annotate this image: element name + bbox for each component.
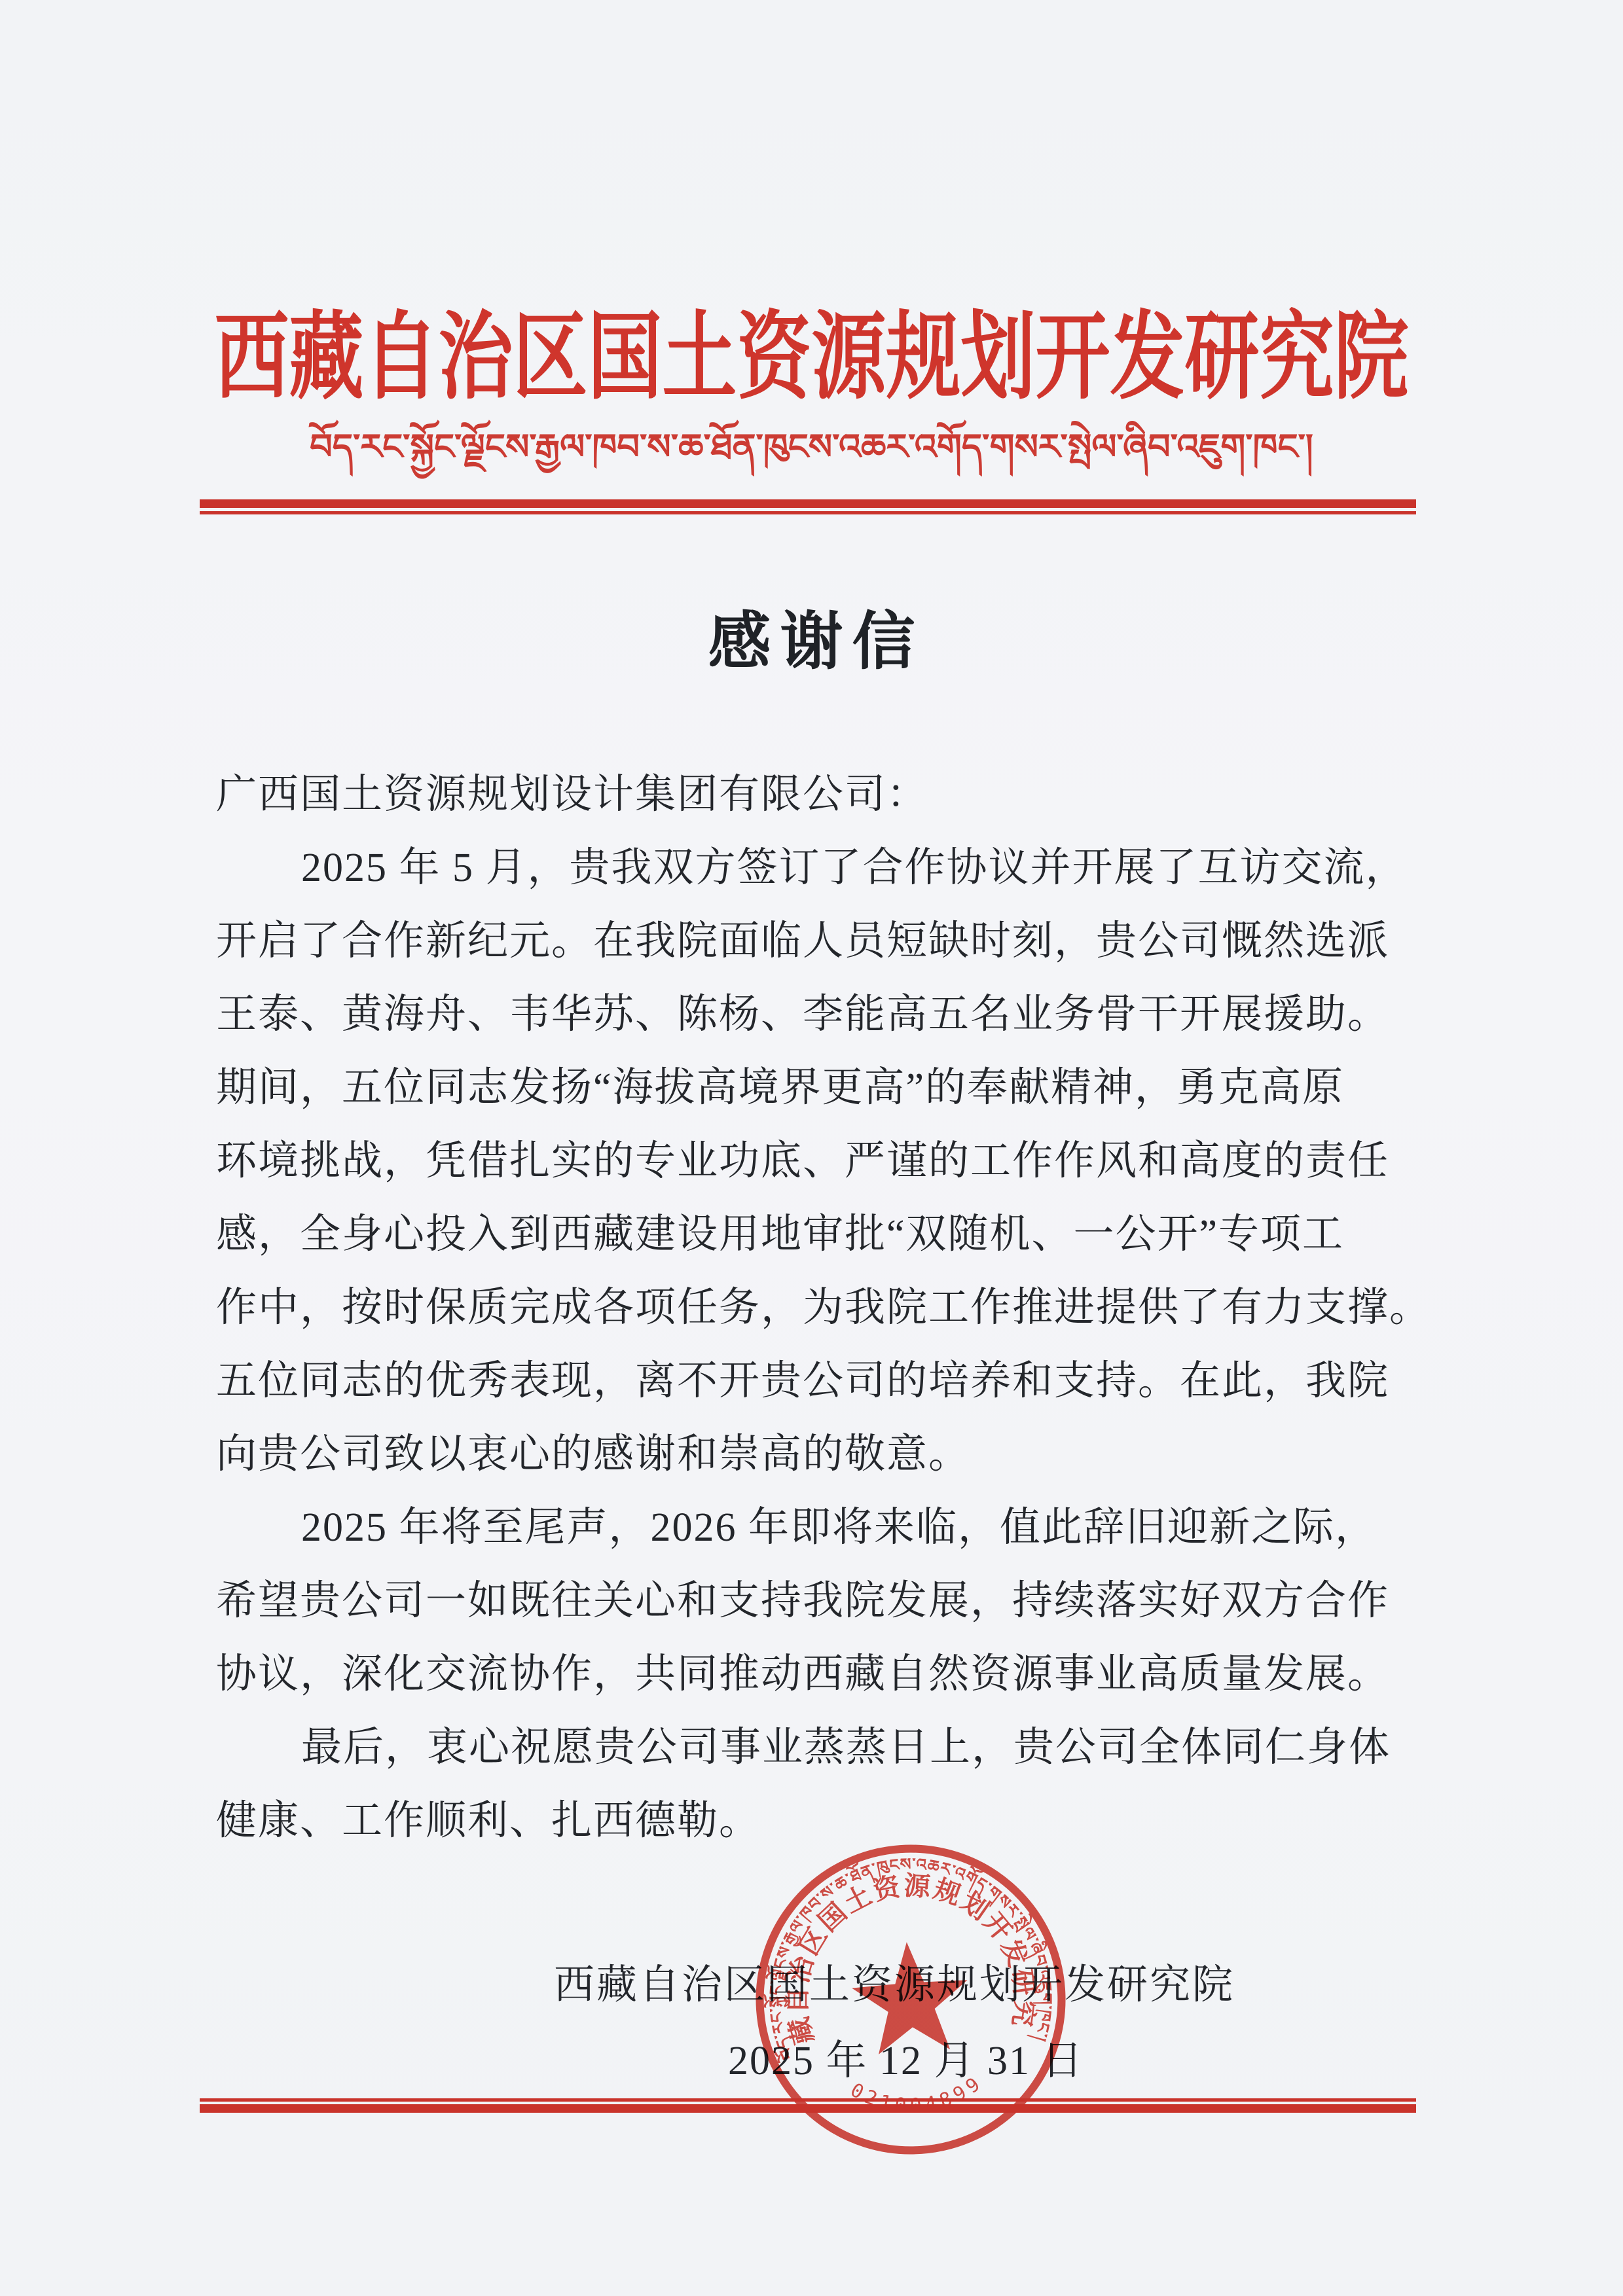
body-line: 感，全身心投入到西藏建设用地审批“双随机、一公开”专项工 — [216, 1198, 1421, 1271]
body-line: 健康、工作顺利、扎西德勒。 — [216, 1784, 1421, 1857]
body-line: 向贵公司致以衷心的感谢和崇高的敬意。 — [216, 1418, 1421, 1491]
scanned-letter-page: 西藏自治区国土资源规划开发研究院 བོད་རང་སྐྱོང་ལྗོངས་རྒྱལ… — [0, 0, 1623, 2296]
footer-rule-thick — [200, 2104, 1416, 2113]
body-line: 希望贵公司一如既往关心和支持我院发展，持续落实好双方合作 — [216, 1564, 1421, 1638]
footer-rule-thin — [200, 2098, 1416, 2102]
body-line: 王泰、黄海舟、韦华苏、陈杨、李能高五名业务骨干开展援助。 — [216, 978, 1421, 1051]
body-line: 2025 年 5 月，贵我双方签订了合作协议并开展了互访交流， — [216, 831, 1421, 905]
letterhead-rule-thin — [200, 511, 1416, 514]
body-line: 五位同志的优秀表现，离不开贵公司的培养和支持。在此，我院 — [216, 1344, 1421, 1418]
letter-title: 感谢信 — [0, 607, 1623, 677]
signature-date: 2025 年 12 月 31 日 — [728, 2028, 1084, 2086]
signature-org: 西藏自治区国土资源规划开发研究院 — [554, 1952, 1235, 2010]
body-line: 协议，深化交流协作，共同推动西藏自然资源事业高质量发展。 — [216, 1638, 1421, 1711]
letterhead-org-name: 西藏自治区国土资源规划开发研究院 — [0, 280, 1623, 418]
letterhead-org-name-tibetan: བོད་རང་སྐྱོང་ལྗོངས་རྒྱལ་ཁབ་ས་ཆ་ཐོན་ཁུངས་… — [0, 407, 1623, 507]
body-line: 最后，衷心祝愿贵公司事业蒸蒸日上，贵公司全体同仁身体 — [216, 1711, 1421, 1784]
body-line: 作中，按时保质完成各项任务，为我院工作推进提供了有力支撑。 — [216, 1271, 1421, 1344]
body-line: 期间，五位同志发扬“海拔高境界更高”的奉献精神，勇克高原 — [216, 1051, 1421, 1124]
body-line: 广西国土资源规划设计集团有限公司： — [216, 758, 1421, 831]
letterhead-rule-thick — [200, 499, 1416, 508]
body-line: 开启了合作新纪元。在我院面临人员短缺时刻，贵公司慨然选派 — [216, 905, 1421, 978]
body-line: 2025 年将至尾声，2026 年即将来临，值此辞旧迎新之际， — [216, 1491, 1421, 1564]
body-line: 环境挑战，凭借扎实的专业功底、严谨的工作作风和高度的责任 — [216, 1124, 1421, 1198]
letter-body: 广西国土资源规划设计集团有限公司：2025 年 5 月，贵我双方签订了合作协议并… — [216, 758, 1421, 1857]
